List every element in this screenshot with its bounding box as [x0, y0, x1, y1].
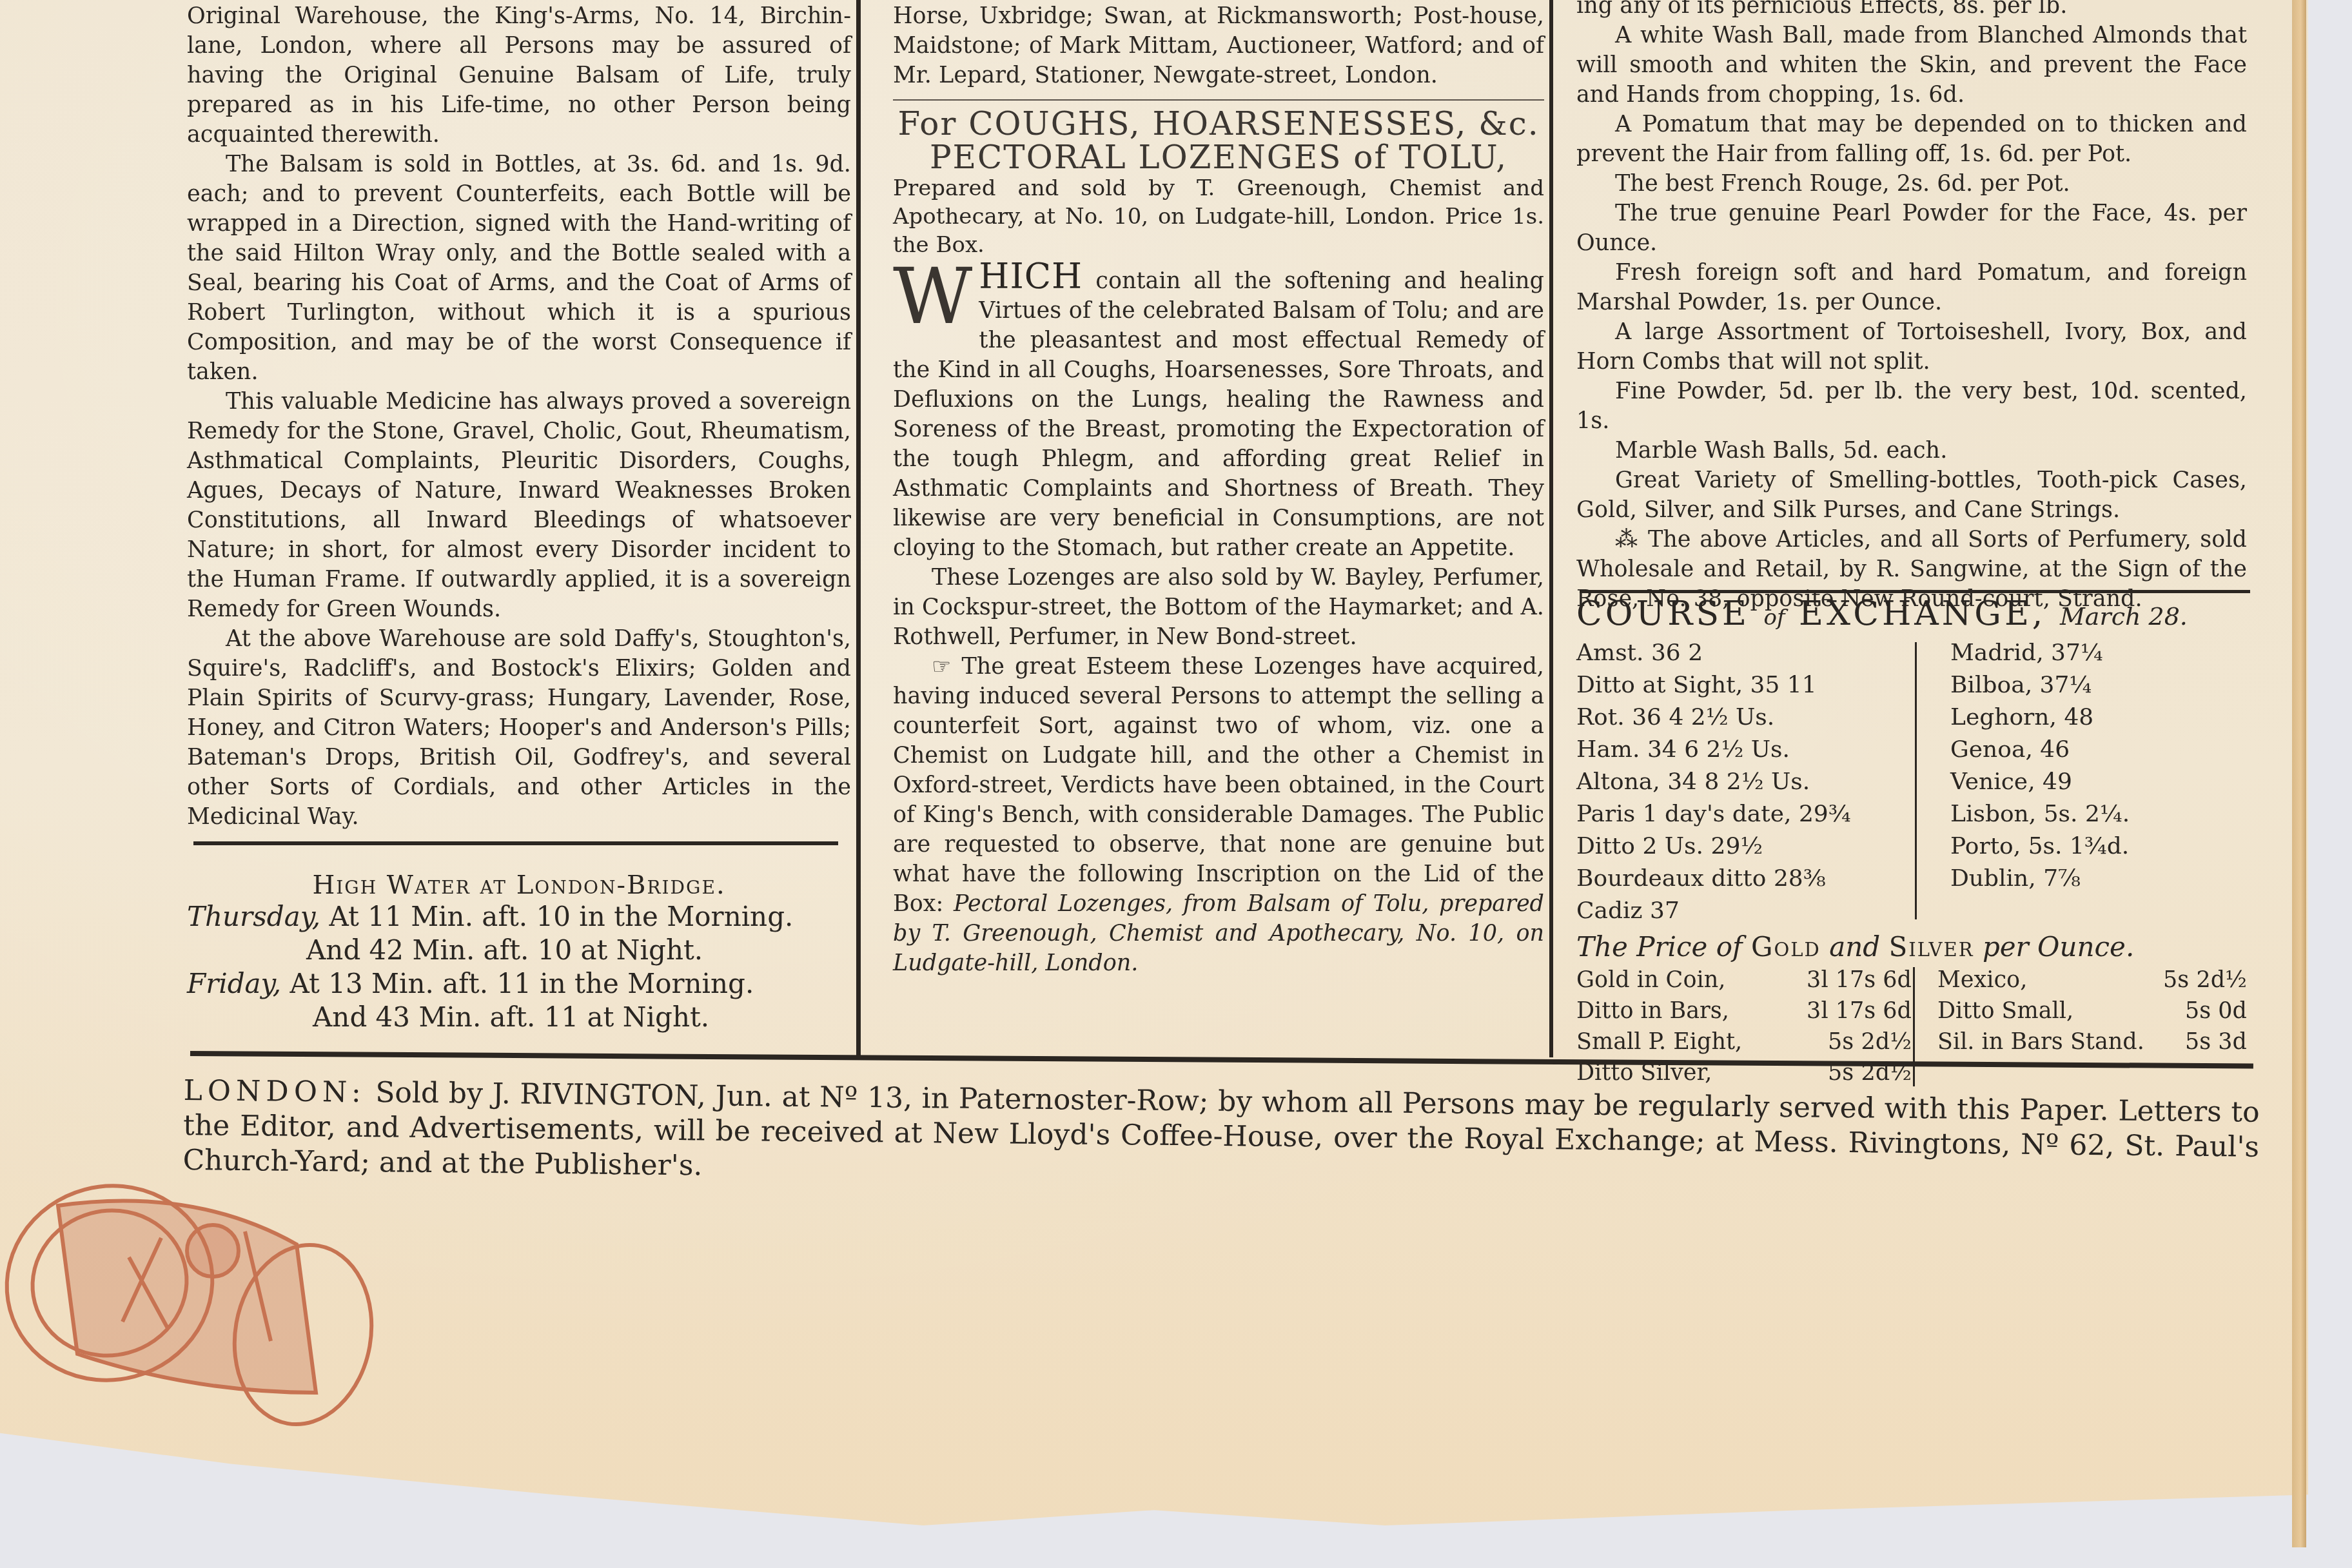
perfumery-item: Fine Powder, 5d. per lb. the very best, … — [1576, 377, 2247, 436]
right-column: ing any of its pernicious Effects, 8s. p… — [1576, 0, 2247, 614]
perfumery-item: Great Variety of Smelling-bottles, Tooth… — [1576, 465, 2247, 525]
left-column: Original Warehouse, the King's-Arms, No.… — [187, 1, 851, 832]
column-rule-right — [1549, 0, 1553, 1057]
section-rule-exchange — [1580, 590, 2250, 593]
exchange-divider — [1915, 642, 1917, 919]
perfumery-item: A Pomatum that may be depended on to thi… — [1576, 110, 2247, 169]
high-water-line: And 42 Min. aft. 10 at Night. — [187, 934, 851, 967]
imprint: LONDON: Sold by J. RIVINGTON, Jun. at Nº… — [182, 1073, 2260, 1200]
high-water-line: Friday, At 13 Min. aft. 11 in the Mornin… — [187, 967, 851, 1001]
balsam-para-3: This valuable Medicine has always proved… — [187, 387, 851, 624]
section-rule-high-water — [193, 841, 838, 845]
perfumery-item: The best French Rouge, 2s. 6d. per Pot. — [1576, 169, 2247, 199]
ad-esteem: ☞ The great Esteem these Lozenges have a… — [893, 652, 1544, 978]
perfumery-item: Fresh foreign soft and hard Pomatum, and… — [1576, 258, 2247, 317]
agents-list: Horse, Uxbridge; Swan, at Rickmansworth;… — [893, 1, 1544, 90]
perfumery-item: Marble Wash Balls, 5d. each. — [1576, 436, 2247, 465]
middle-column: Horse, Uxbridge; Swan, at Rickmansworth;… — [893, 1, 1544, 978]
tax-stamp-icon — [0, 1161, 387, 1438]
perfumery-item: A white Wash Ball, made from Blanched Al… — [1576, 21, 2247, 110]
silver-list: Mexico,5s 2d½ Ditto Small,5s 0d Sil. in … — [1925, 965, 2253, 1088]
exchange-left-list: Amst. 36 2 Ditto at Sight, 35 11 Rot. 36… — [1576, 637, 1937, 927]
gold-silver-table: Gold in Coin,3l 17s 6d Ditto in Bars,3l … — [1576, 965, 2253, 1088]
exchange-title: COURSE of EXCHANGE, March 28. — [1576, 594, 2253, 637]
ad-headline-coughs: For COUGHS, HOARSENESSES, &c. — [893, 107, 1544, 141]
drop-cap: W — [893, 268, 972, 326]
balsam-para-2: The Balsam is sold in Bottles, at 3s. 6d… — [187, 150, 851, 387]
balsam-para-4: At the above Warehouse are sold Daffy's,… — [187, 624, 851, 832]
paper-edge — [2292, 0, 2306, 1547]
ad-also-sold: These Lozenges are also sold by W. Bayle… — [893, 563, 1544, 652]
ad-body: W HICH contain all the softening and hea… — [893, 262, 1544, 563]
balsam-para-1: Original Warehouse, the King's-Arms, No.… — [187, 1, 851, 150]
pointing-hand-icon: ☞ — [932, 654, 951, 680]
course-of-exchange: COURSE of EXCHANGE, March 28. Amst. 36 2… — [1576, 594, 2253, 1088]
high-water-title: High Water at London-Bridge. — [187, 870, 851, 900]
box-inscription: Pectoral Lozenges, from Balsam of Tolu, … — [893, 891, 1544, 976]
gold-silver-title: The Price of Gold and Silver per Ounce. — [1576, 930, 2253, 965]
exchange-right-list: Madrid, 37¼ Bilboa, 37¼ Leghorn, 48 Geno… — [1937, 637, 2253, 927]
perfumery-item: The true genuine Pearl Powder for the Fa… — [1576, 199, 2247, 258]
perfumery-item: A large Assortment of Tortoiseshell, Ivo… — [1576, 317, 2247, 377]
column-rule-left — [856, 0, 861, 1057]
ad-prepared-by: Prepared and sold by T. Greenough, Chemi… — [893, 174, 1544, 259]
ad-headline-lozenges: PECTORAL LOZENGES of TOLU, — [893, 141, 1544, 174]
exchange-table: Amst. 36 2 Ditto at Sight, 35 11 Rot. 36… — [1576, 637, 2253, 927]
high-water-line: Thursday, At 11 Min. aft. 10 in the Morn… — [187, 900, 851, 934]
imprint-text: Sold by J. RIVINGTON, Jun. at Nº 13, in … — [182, 1076, 2259, 1182]
imprint-lead: LONDON: — [183, 1074, 366, 1109]
high-water-box: High Water at London-Bridge. Thursday, A… — [187, 864, 851, 1034]
gold-list: Gold in Coin,3l 17s 6d Ditto in Bars,3l … — [1576, 965, 1925, 1088]
perfumery-item: ing any of its pernicious Effects, 8s. p… — [1576, 0, 2247, 21]
high-water-line: And 43 Min. aft. 11 at Night. — [187, 1001, 851, 1034]
gold-silver-divider — [1913, 967, 1915, 1086]
ad-separator-rule — [893, 99, 1544, 101]
